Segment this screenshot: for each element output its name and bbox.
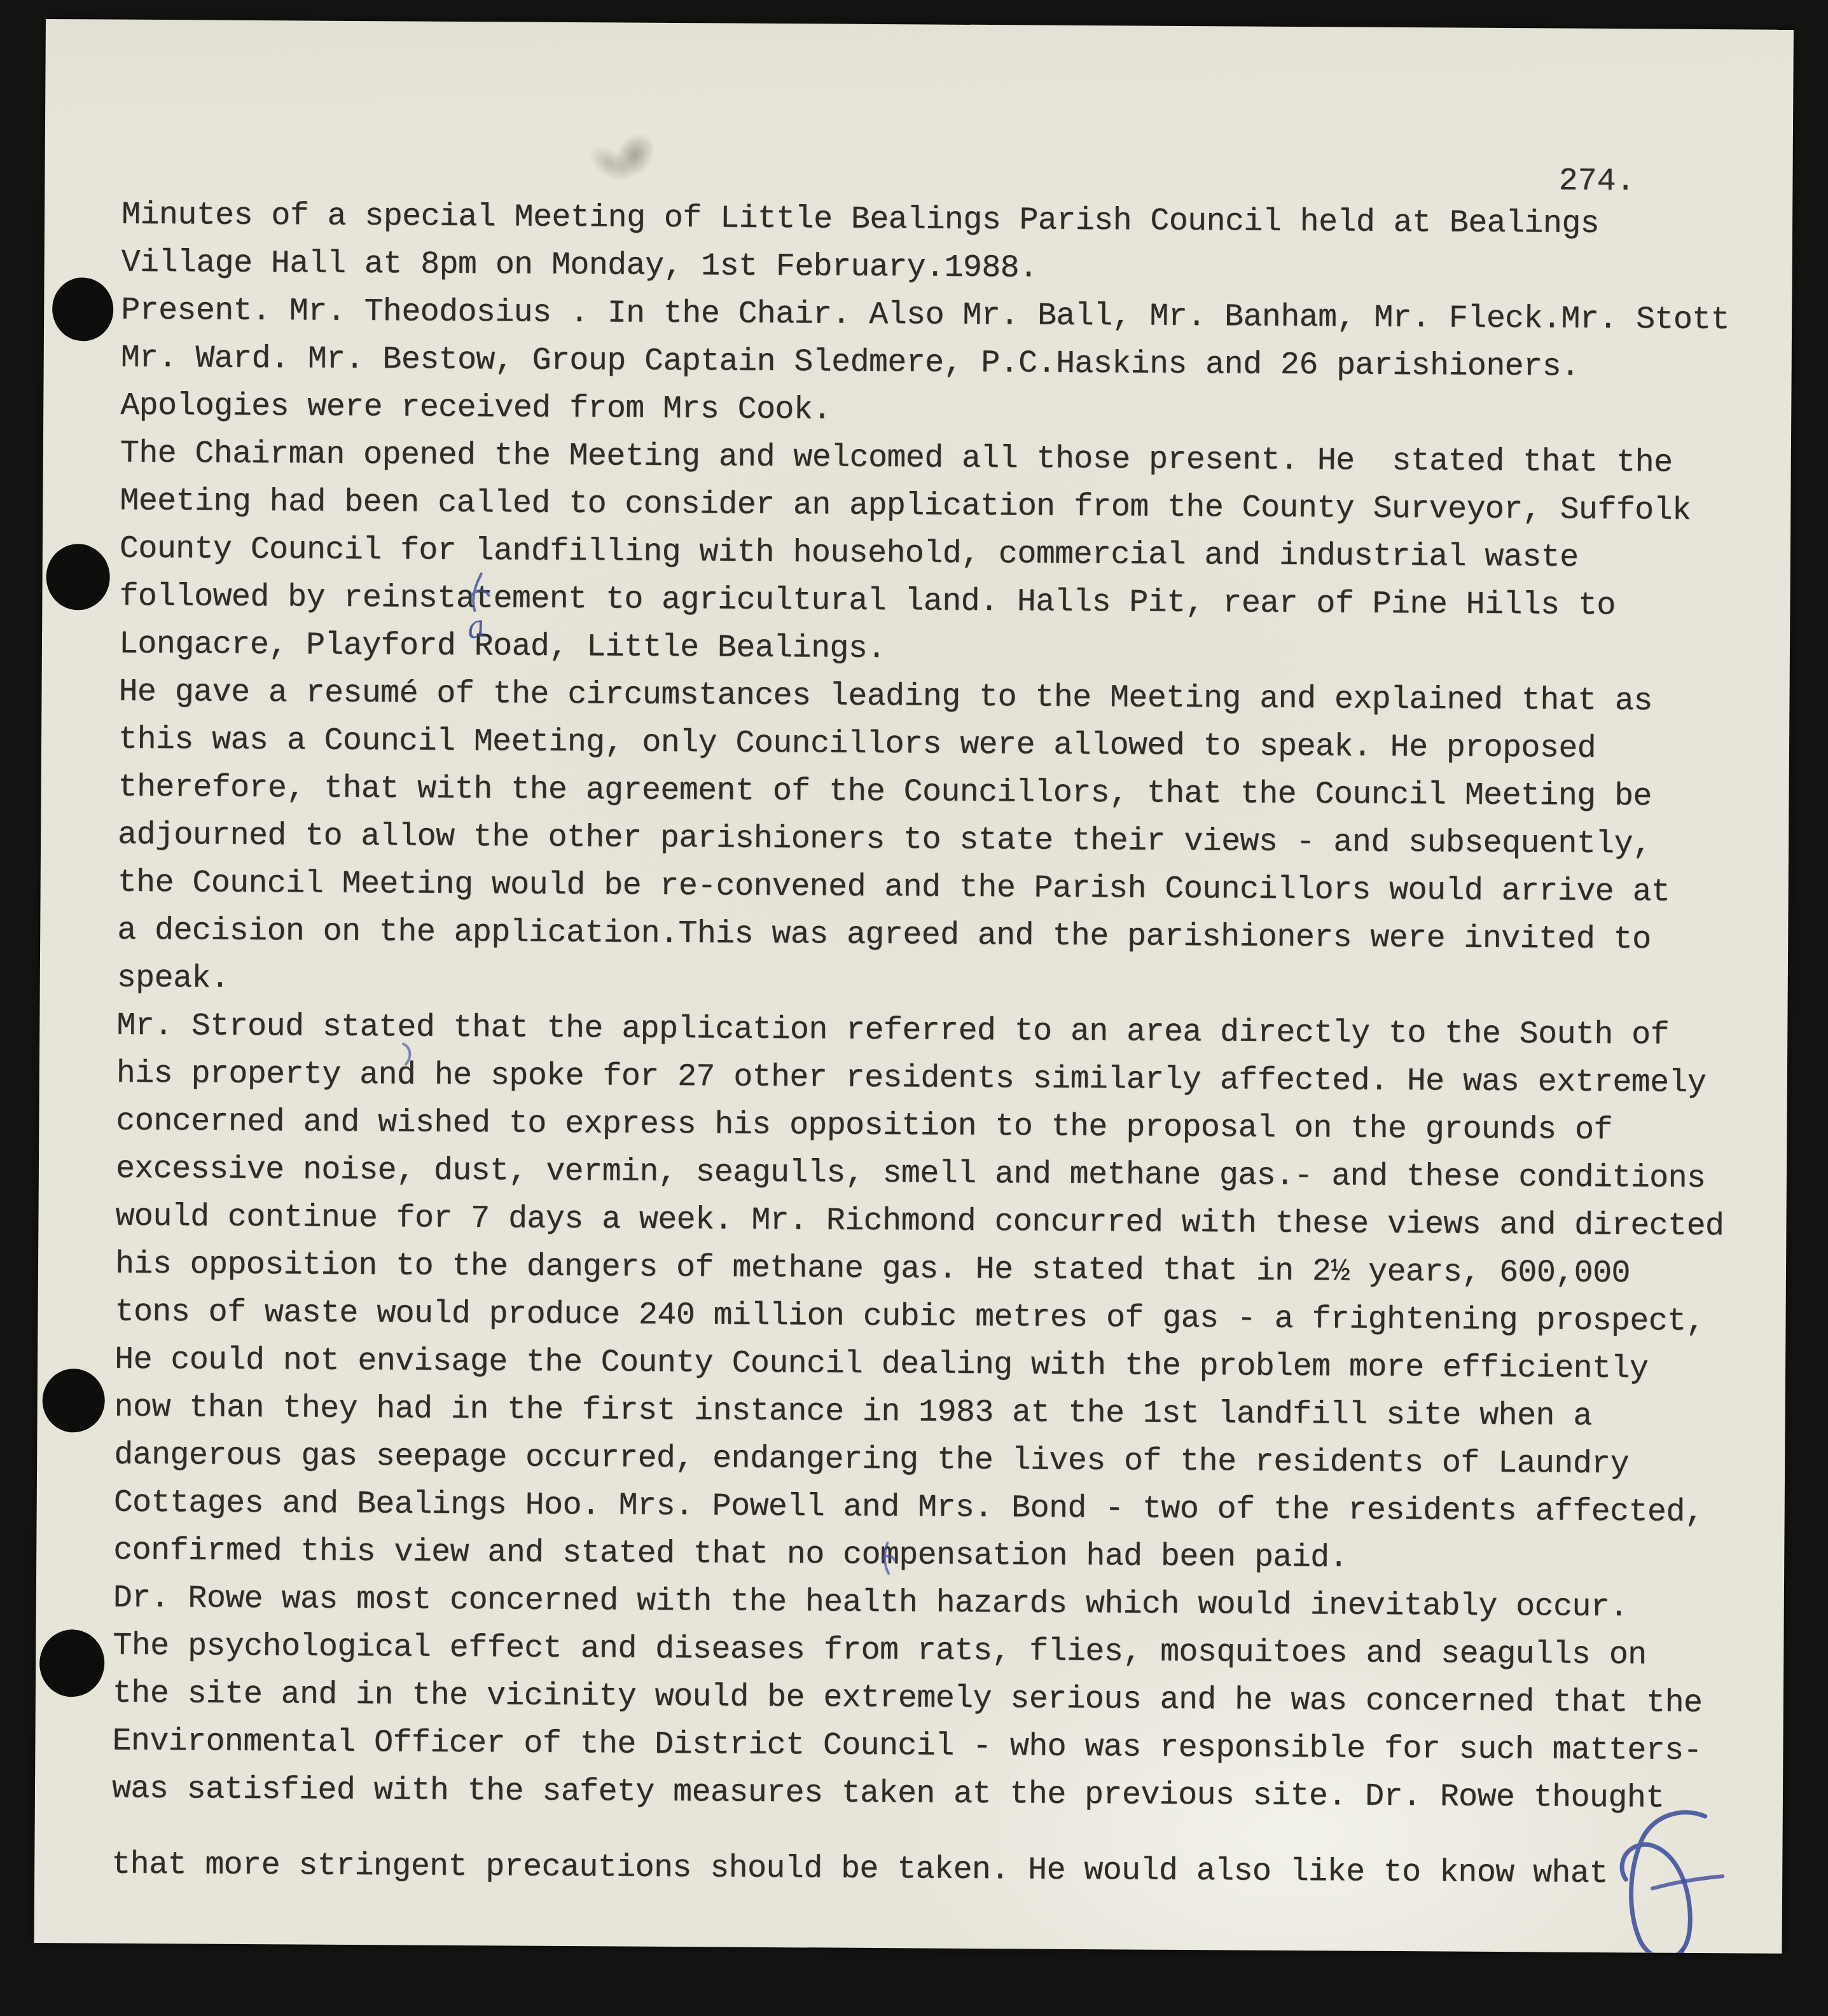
typed-line-34: was satisfied with the safety measures t…: [112, 1765, 1794, 1823]
blue-ink-scribble: [1591, 1804, 1738, 1954]
hole-punch-2: [46, 544, 110, 611]
hole-punch-4: [36, 1626, 108, 1701]
document-page: 274. Minutes of a special Meeting of Lit…: [34, 19, 1794, 1954]
page-number: 274.: [1558, 163, 1635, 200]
hole-punch-3: [42, 1369, 105, 1433]
scan-background: 274. Minutes of a special Meeting of Lit…: [0, 0, 1828, 2016]
hole-punch-1: [48, 273, 117, 345]
typed-line-35: that more stringent precautions should b…: [111, 1841, 1794, 1899]
typed-text: Minutes of a special Meeting of Little B…: [111, 191, 1794, 1899]
